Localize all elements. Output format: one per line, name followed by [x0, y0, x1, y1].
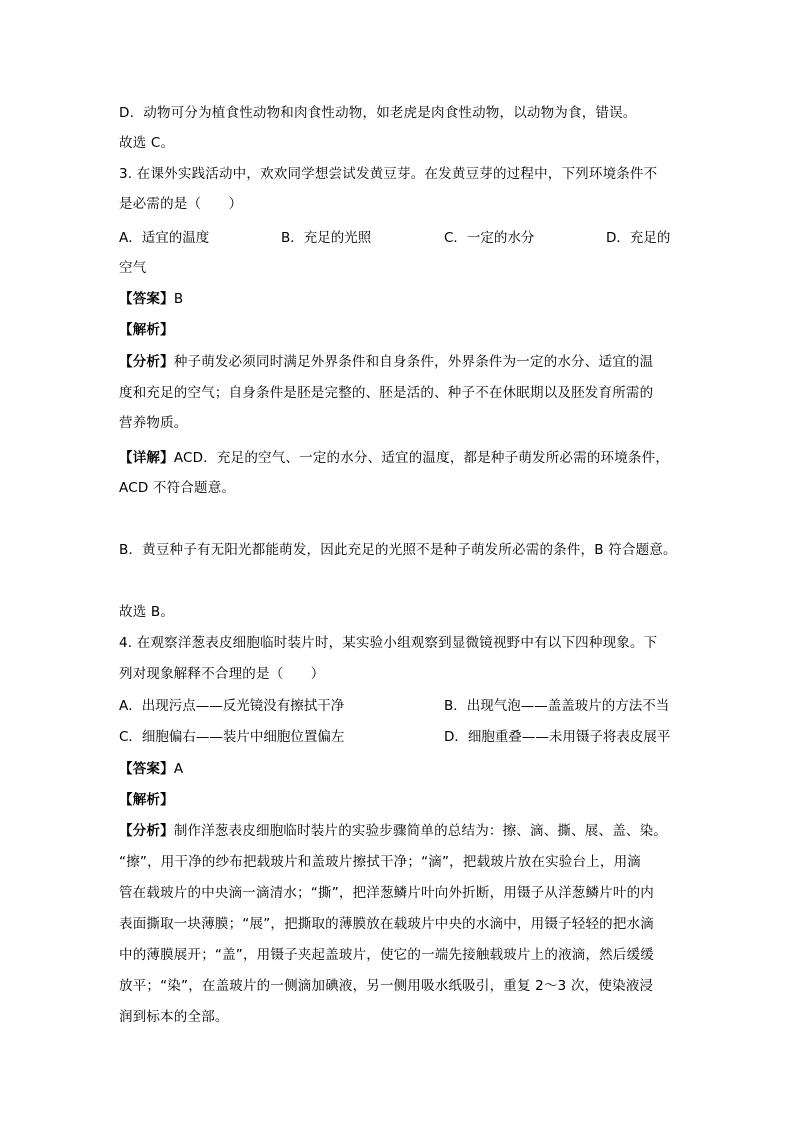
answer-label: 【答案】	[119, 761, 174, 777]
q3-final-answer: 故选 B。	[119, 603, 174, 621]
q4-analysis-line3: 管在载玻片的中央滴一滴清水；“撕”，把洋葱鳞片叶向外折断，用镊子从洋葱鳞片叶的内	[119, 884, 654, 902]
fenxi-label: 【分析】	[119, 823, 174, 839]
q4-option-c: C．细胞偏右——装片中细胞位置偏左	[119, 728, 344, 746]
q3-stem-line1: 3. 在课外实践活动中，欢欢同学想尝试发黄豆芽。在发黄豆芽的过程中，下列环境条件…	[119, 165, 657, 183]
q4-analysis-line4: 表面撕取一块薄膜；“展”，把撕取的薄膜放在载玻片中央的水滴中，用镊子轻轻的把水滴	[119, 915, 654, 933]
q4-analysis-line2: “擦”，用干净的纱布把载玻片和盖玻片擦拭干净；“滴”，把载玻片放在实验台上，用滴	[119, 853, 641, 871]
q3-analysis-line2: 度和充足的空气；自身条件是胚是完整的、胚是活的、种子不在休眠期以及胚发育所需的	[119, 384, 653, 402]
answer-label: 【答案】	[119, 291, 174, 307]
q3-option-a: A．适宜的温度	[119, 229, 209, 247]
q2-final-answer: 故选 C。	[119, 134, 174, 152]
q3-option-b: B．充足的光照	[281, 229, 371, 247]
q3-analysis-heading: 【解析】	[119, 321, 174, 339]
q4-answer: 【答案】A	[119, 760, 183, 778]
q3-analysis-line1: 【分析】种子萌发必须同时满足外界条件和自身条件，外界条件为一定的水分、适宜的温	[119, 353, 653, 371]
q4-option-a: A．出现污点——反光镜没有擦拭干净	[119, 697, 344, 715]
q3-detail-line1: 【详解】ACD．充足的空气、一定的水分、适宜的温度，都是种子萌发所必需的环境条件…	[119, 449, 669, 467]
q4-stem-line2: 列对现象解释不合理的是（ ）	[119, 665, 325, 683]
q4-analysis-line7: 润到标本的全部。	[119, 1008, 229, 1026]
q3-detail-option-b: B．黄豆种子有无阳光都能萌发，因此充足的光照不是种子萌发所必需的条件，B 符合题…	[119, 541, 677, 559]
q4-analysis-line1: 【分析】制作洋葱表皮细胞临时装片的实验步骤简单的总结为：擦、滴、撕、展、盖、染。	[119, 822, 667, 840]
q3-option-c: C．一定的水分	[444, 229, 534, 247]
q2-option-d-explanation: D．动物可分为植食性动物和肉食性动物，如老虎是肉食性动物，以动物为食，错误。	[119, 104, 637, 122]
q4-option-d: D．细胞重叠——未用镊子将表皮展平	[444, 728, 670, 746]
fenxi-label: 【分析】	[119, 354, 174, 370]
answer-value: B	[174, 291, 183, 307]
q3-option-d-wrap: 空气	[119, 259, 146, 277]
q3-analysis-line3: 营养物质。	[119, 414, 188, 432]
q3-detail-line2: ACD 不符合题意。	[119, 479, 235, 497]
q4-stem-line1: 4. 在观察洋葱表皮细胞临时装片时，某实验小组观察到显微镜视野中有以下四种现象。…	[119, 634, 657, 652]
q4-analysis-heading: 【解析】	[119, 791, 174, 809]
q4-analysis-line6: 放平；“染”，在盖玻片的一侧滴加碘液，另一侧用吸水纸吸引，重复 2～3 次，使染…	[119, 977, 653, 995]
answer-value: A	[174, 761, 183, 777]
q3-answer: 【答案】B	[119, 290, 183, 308]
q4-option-b: B．出现气泡——盖盖玻片的方法不当	[444, 697, 669, 715]
q3-stem-line2: 是必需的是（ ）	[119, 195, 242, 213]
q3-option-d: D．充足的	[606, 229, 670, 247]
q4-analysis-line5: 中的薄膜展开；“盖”，用镊子夹起盖玻片，使它的一端先接触载玻片上的液滴，然后缓缓	[119, 946, 654, 964]
xiangjie-label: 【详解】	[119, 450, 174, 466]
